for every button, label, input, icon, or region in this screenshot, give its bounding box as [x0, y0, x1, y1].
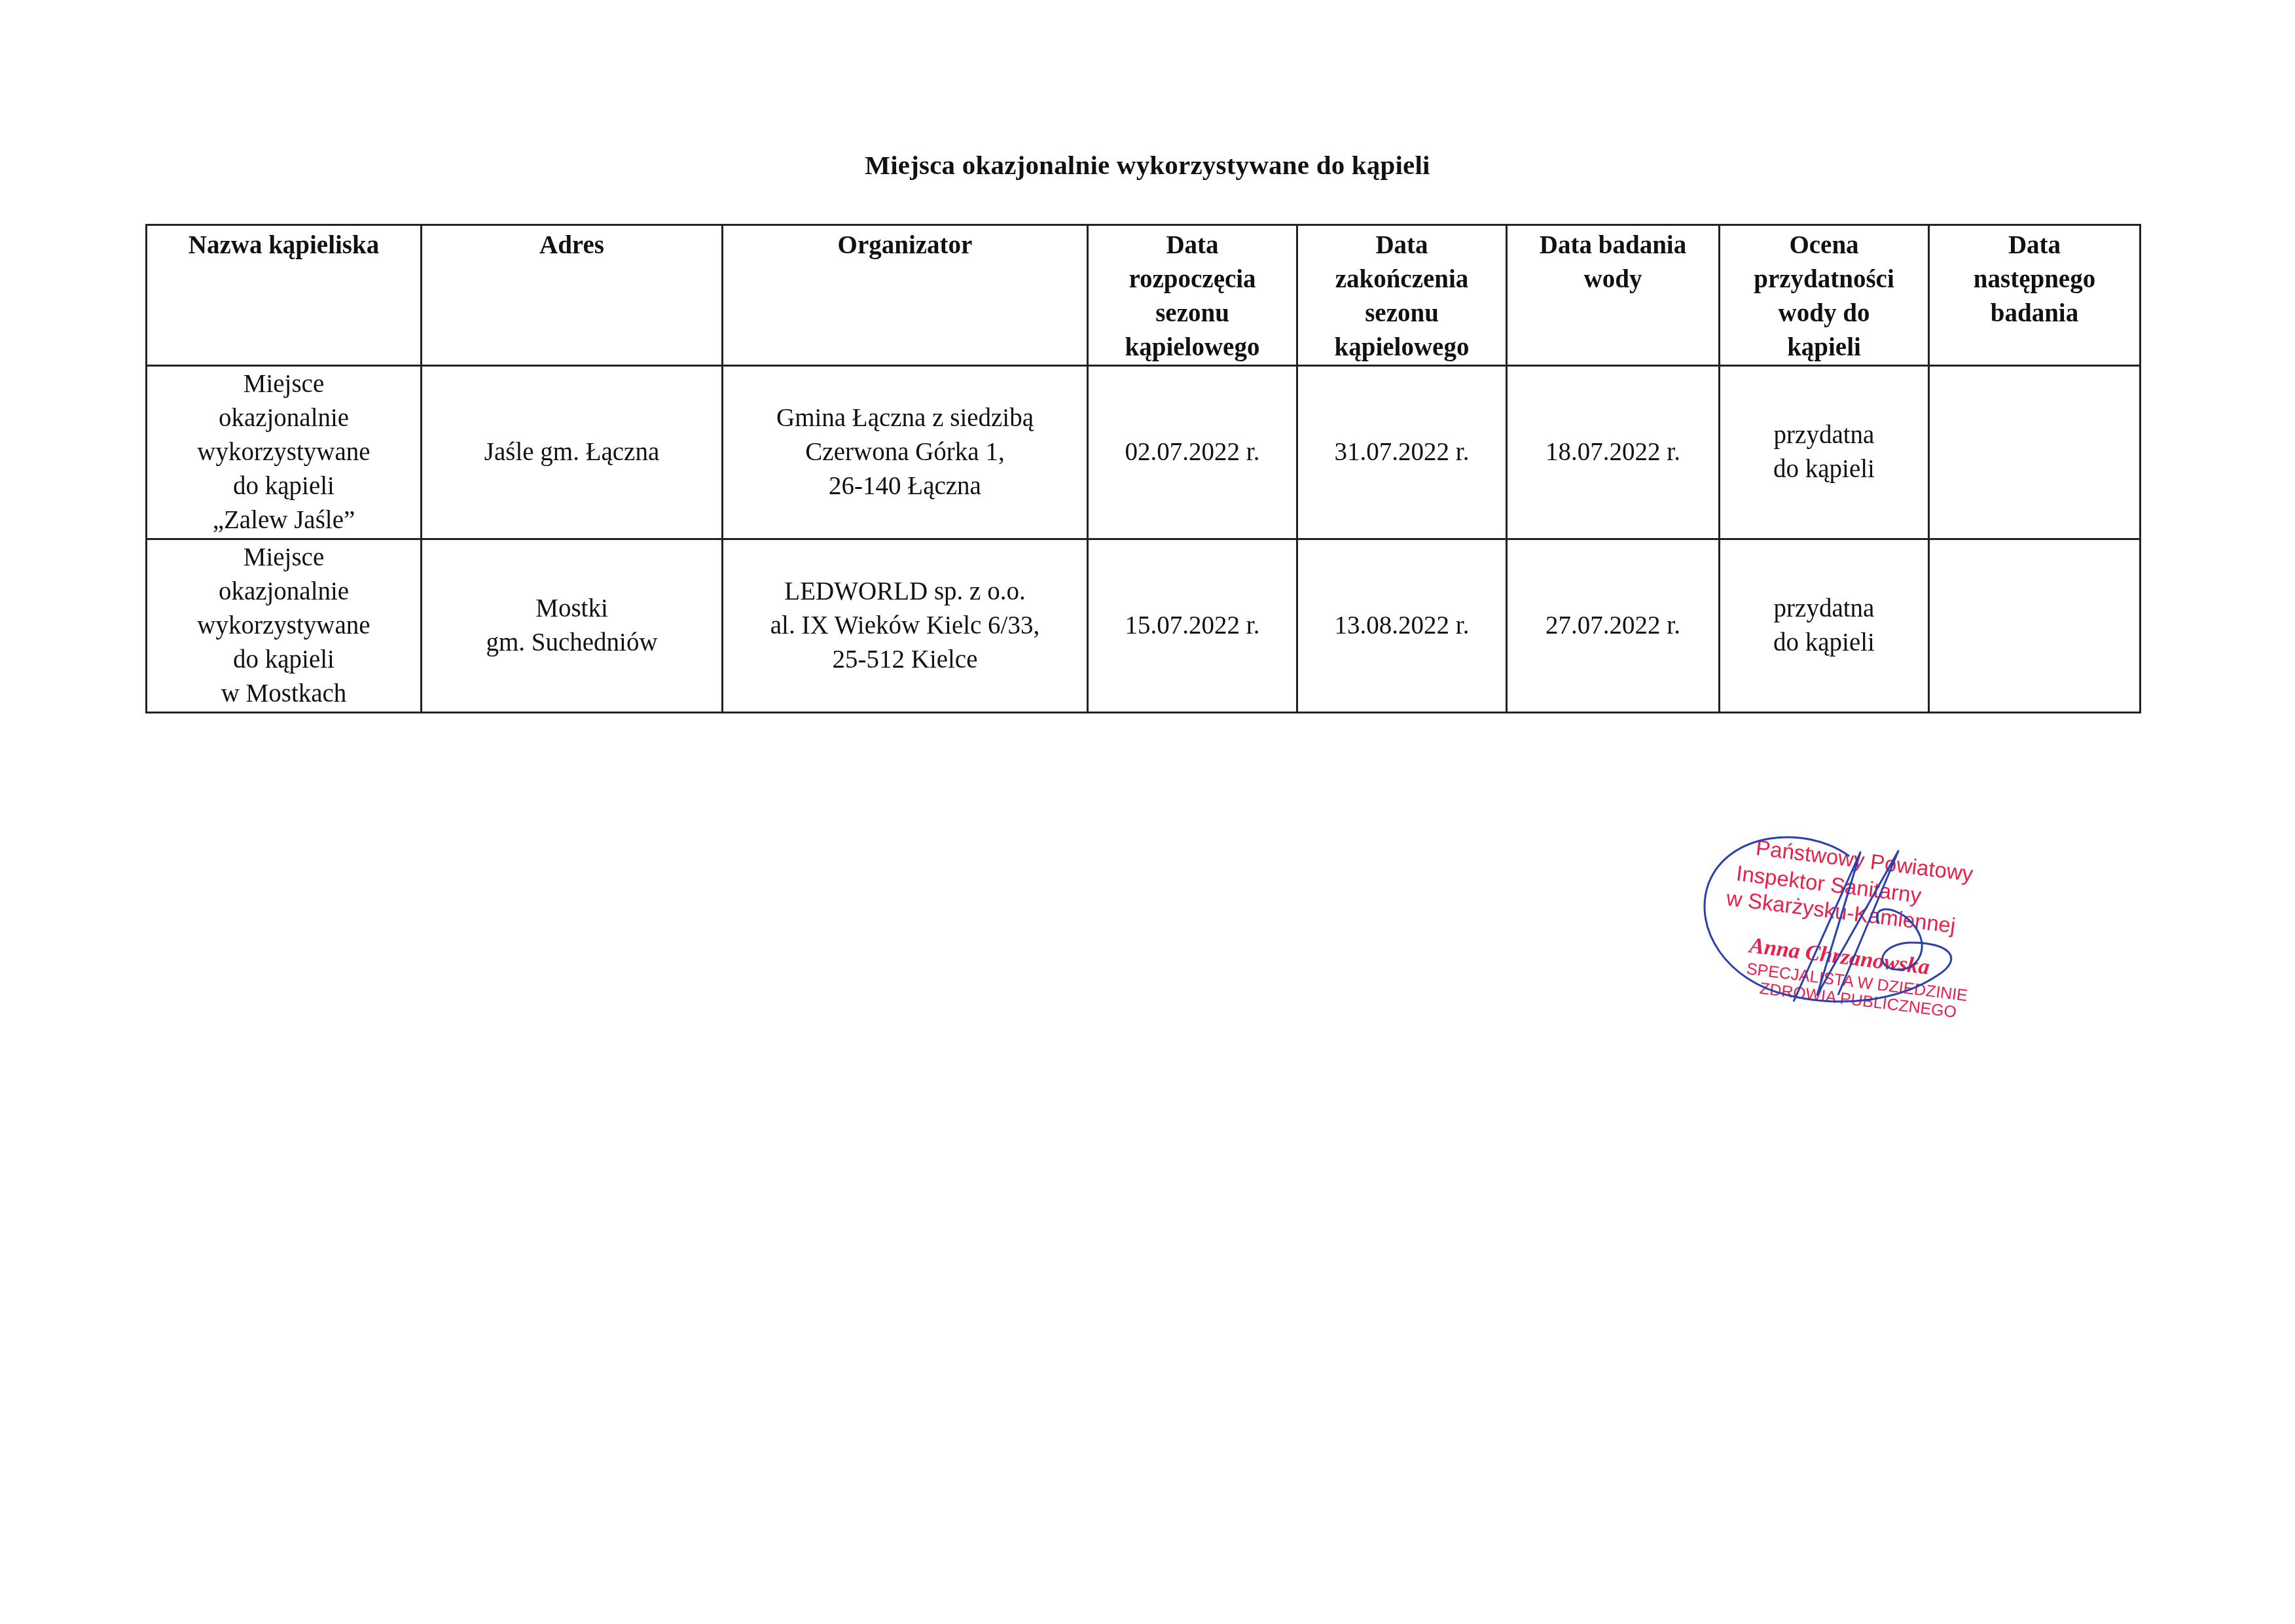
header-season-end: Data zakończenia sezonu kąpielowego	[1297, 225, 1507, 366]
cell-assessment: przydatna do kąpieli	[1720, 539, 1929, 713]
cell-organizer: LEDWORLD sp. z o.o. al. IX Wieków Kielc …	[723, 539, 1088, 713]
bathing-sites-table: Nazwa kąpieliska Adres Organizator Data …	[145, 224, 2141, 713]
cell-season-end: 31.07.2022 r.	[1297, 366, 1507, 539]
header-test-date: Data badania wody	[1507, 225, 1720, 366]
cell-test-date: 27.07.2022 r.	[1507, 539, 1720, 713]
handwritten-signature-icon	[1689, 812, 2042, 1047]
table-row: Miejsce okazjonalnie wykorzystywane do k…	[147, 366, 2141, 539]
cell-address: Jaśle gm. Łączna	[422, 366, 723, 539]
cell-season-start: 02.07.2022 r.	[1088, 366, 1297, 539]
header-organizer: Organizator	[723, 225, 1088, 366]
cell-address: Mostki gm. Suchedniów	[422, 539, 723, 713]
cell-test-date: 18.07.2022 r.	[1507, 366, 1720, 539]
header-next-test: Data następnego badania	[1929, 225, 2141, 366]
cell-name: Miejsce okazjonalnie wykorzystywane do k…	[147, 366, 422, 539]
table-header-row: Nazwa kąpieliska Adres Organizator Data …	[147, 225, 2141, 366]
header-assessment: Ocena przydatności wody do kąpieli	[1720, 225, 1929, 366]
cell-next-test	[1929, 539, 2141, 713]
header-season-start: Data rozpoczęcia sezonu kąpielowego	[1088, 225, 1297, 366]
official-stamp: Państwowy Powiatowy Inspektor Sanitarny …	[1689, 812, 2042, 1047]
table-row: Miejsce okazjonalnie wykorzystywane do k…	[147, 539, 2141, 713]
cell-season-end: 13.08.2022 r.	[1297, 539, 1507, 713]
page-title: Miejsca okazjonalnie wykorzystywane do k…	[0, 149, 2295, 181]
cell-organizer: Gmina Łączna z siedzibą Czerwona Górka 1…	[723, 366, 1088, 539]
cell-next-test	[1929, 366, 2141, 539]
cell-assessment: przydatna do kąpieli	[1720, 366, 1929, 539]
cell-season-start: 15.07.2022 r.	[1088, 539, 1297, 713]
cell-name: Miejsce okazjonalnie wykorzystywane do k…	[147, 539, 422, 713]
header-name: Nazwa kąpieliska	[147, 225, 422, 366]
header-address: Adres	[422, 225, 723, 366]
